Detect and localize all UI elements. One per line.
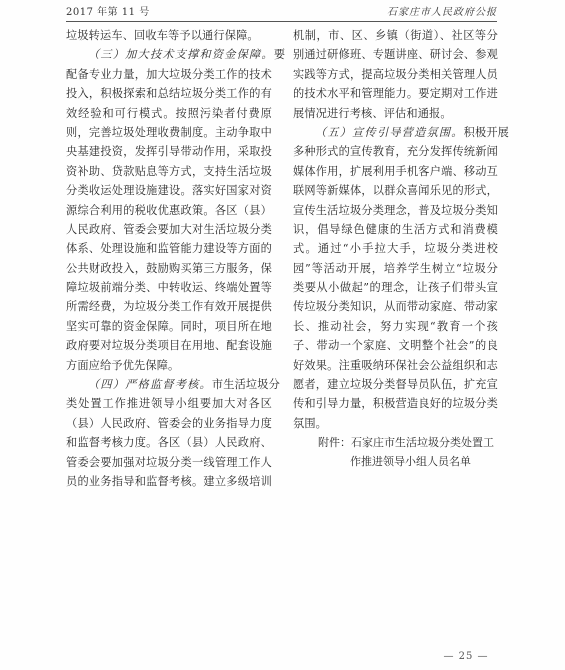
line-text: 公共财政投入，鼓励购买第三方服务，保: [66, 262, 272, 275]
running-header: 2017 年第 11 号 石家庄市人民政府公报: [66, 6, 497, 20]
line-text: 源综合利用的税收优惠政策。各区（县）: [66, 204, 272, 217]
line-text: 识，倡导绿色健康的生活方式和消费模: [293, 223, 498, 236]
text-line: 员的业务指导和监督考核。建立多级培训: [66, 472, 272, 491]
line-text: 体系、处理设施和监管能力建设等方面的: [66, 242, 272, 255]
page-number: — 25 —: [440, 650, 492, 664]
text-line: 管委会要加强对垃圾分类一线管理工作人: [66, 453, 272, 472]
text-line: 分类收运处理设施建设。落实好国家对资: [66, 181, 272, 200]
text-line: 媒体作用，扩展利用手机客户端、移动互: [293, 162, 498, 181]
line-text: 效经验和可行模式。按照污染者付费原: [66, 107, 272, 120]
line-text: 方面应给予优先保障。: [66, 359, 179, 372]
text-line: 宣传生活垃圾分类理念，普及垃圾分类知: [293, 201, 498, 220]
line-text: 配备专业力量，加大垃圾分类工作的技术: [66, 68, 272, 81]
line-text: 分类收运处理设施建设。落实好国家对资: [66, 184, 272, 197]
line-text: 障垃圾前端分类、中转收运、终端处置等: [66, 281, 272, 294]
line-text: （县）人民政府、管委会的业务指导力度: [66, 417, 272, 430]
line-text: 子、带动一个家庭、文明整个社会”的良: [293, 339, 498, 352]
text-line: 传和引导力量，积极营造良好的垃圾分类: [293, 394, 498, 413]
text-line: 政府要对垃圾分类项目在用地、配套设施: [66, 336, 272, 355]
text-line: 央基建投资，发挥引导带动作用，采取投: [66, 142, 272, 161]
text-line: 坚实可靠的资金保障。同时，项目所在地: [66, 317, 272, 336]
text-line: 实践等方式，提高垃圾分类相关管理人员: [293, 65, 498, 84]
text-line: 公共财政投入，鼓励购买第三方服务，保: [66, 259, 272, 278]
line-text: 愿者，建立垃圾分类督导员队伍，扩充宣: [293, 378, 498, 391]
text-line: （四）严格监督考核。市生活垃圾分: [66, 375, 272, 394]
text-line: 障垃圾前端分类、中转收运、终端处置等: [66, 278, 272, 297]
left-column: 垃圾转运车、回收车等予以通行保障。（三）加大技术支撑和资金保障。要配备专业力量，…: [66, 26, 272, 491]
line-text: 长、推动社会，努力实现“教育一个孩: [293, 320, 498, 333]
text-line: 机制，市、区、乡镇（街道）、社区等分: [293, 26, 498, 45]
line-text: 则，完善垃圾处理收费制度。主动争取中: [66, 126, 272, 139]
text-line: 方面应给予优先保障。: [66, 356, 272, 375]
line-text: 垃圾转运车、回收车等予以通行保障。: [66, 29, 259, 42]
line-text: 坚实可靠的资金保障。同时，项目所在地: [66, 320, 272, 333]
line-text: 央基建投资，发挥引导带动作用，采取投: [66, 145, 272, 158]
line-text: 管委会要加强对垃圾分类一线管理工作人: [66, 456, 272, 469]
text-line: 配备专业力量，加大垃圾分类工作的技术: [66, 65, 272, 84]
line-text: 类要从小做起”的理念，让孩子们带头宣: [293, 281, 498, 294]
line-text: 和监督考核力度。各区（县）人民政府、: [66, 436, 272, 449]
text-line: 效经验和可行模式。按照污染者付费原: [66, 104, 272, 123]
attachment-line-1: 附件：石家庄市生活垃圾分类处置工: [318, 433, 494, 452]
line-text: 要: [274, 48, 285, 61]
text-line: 园”等活动开展，培养学生树立“垃圾分: [293, 259, 498, 278]
line-text: 好效果。注重吸纳环保社会公益组织和志: [293, 359, 498, 372]
line-text: 多种形式的宣传教育，充分发挥传统新闻: [293, 145, 498, 158]
text-line: （县）人民政府、管委会的业务指导力度: [66, 414, 272, 433]
line-text: 宣传生活垃圾分类理念，普及垃圾分类知: [293, 204, 498, 217]
text-line: 源综合利用的税收优惠政策。各区（县）: [66, 201, 272, 220]
text-line: 资补助、贷款贴息等方式，支持生活垃圾: [66, 162, 272, 181]
line-text: 资补助、贷款贴息等方式，支持生活垃圾: [66, 165, 272, 178]
text-line: 的技术水平和管理能力。要定期对工作进: [293, 84, 498, 103]
line-text: 类处置工作推进领导小组要加大对各区: [66, 397, 272, 410]
text-line: 展情况进行考核、评估和通报。: [293, 104, 498, 123]
text-line: 类要从小做起”的理念，让孩子们带头宣: [293, 278, 498, 297]
text-line: 垃圾转运车、回收车等予以通行保障。: [66, 26, 272, 45]
issue-label: 2017 年第 11 号: [66, 6, 150, 20]
text-line: 式。通过“小手拉大手，垃圾分类进校: [293, 239, 498, 258]
section-heading: （三）加大技术支撑和资金保障。: [88, 48, 274, 61]
text-line: 类处置工作推进领导小组要加大对各区: [66, 394, 272, 413]
line-text: 媒体作用，扩展利用手机客户端、移动互: [293, 165, 498, 178]
line-text: 员的业务指导和监督考核。建立多级培训: [66, 475, 272, 488]
header-rule: [66, 21, 497, 22]
text-line: 投入，积极探索和总结垃圾分类工作的有: [66, 84, 272, 103]
text-line: 好效果。注重吸纳环保社会公益组织和志: [293, 356, 498, 375]
line-text: 氛围。: [293, 417, 327, 430]
text-line: 体系、处理设施和监管能力建设等方面的: [66, 239, 272, 258]
text-line: （五）宣传引导营造氛围。积极开展: [293, 123, 498, 142]
line-text: 所需经费，为垃圾分类工作有效开展提供: [66, 300, 272, 313]
text-line: 氛围。: [293, 414, 498, 433]
line-text: 实践等方式，提高垃圾分类相关管理人员: [293, 68, 498, 81]
text-line: （三）加大技术支撑和资金保障。要: [66, 45, 272, 64]
text-line: 则，完善垃圾处理收费制度。主动争取中: [66, 123, 272, 142]
line-text: 积极开展: [464, 126, 509, 139]
line-text: 传垃圾分类知识，从而带动家庭、带动家: [293, 300, 498, 313]
line-text: 联网等新媒体，以群众喜闻乐见的形式，: [293, 184, 498, 197]
text-line: 愿者，建立垃圾分类督导员队伍，扩充宣: [293, 375, 498, 394]
attachment-line-2: 作推进领导小组人员名单: [318, 452, 494, 471]
line-text: 投入，积极探索和总结垃圾分类工作的有: [66, 87, 272, 100]
line-text: 式。通过“小手拉大手，垃圾分类进校: [293, 242, 498, 255]
text-line: 所需经费，为垃圾分类工作有效开展提供: [66, 297, 272, 316]
text-line: 传垃圾分类知识，从而带动家庭、带动家: [293, 297, 498, 316]
line-text: 人民政府、管委会要加大对生活垃圾分类: [66, 223, 272, 236]
line-text: 市生活垃圾分: [212, 378, 280, 391]
line-text: 机制，市、区、乡镇（街道）、社区等分: [293, 29, 498, 42]
section-heading: （五）宣传引导营造氛围。: [315, 126, 464, 139]
text-line: 别通过研修班、专题讲座、研讨会、参观: [293, 45, 498, 64]
section-heading: （四）严格监督考核。: [88, 378, 212, 391]
line-text: 展情况进行考核、评估和通报。: [293, 107, 452, 120]
line-text: 别通过研修班、专题讲座、研讨会、参观: [293, 48, 498, 61]
line-text: 政府要对垃圾分类项目在用地、配套设施: [66, 339, 272, 352]
publication-title: 石家庄市人民政府公报: [387, 6, 497, 20]
text-line: 识，倡导绿色健康的生活方式和消费模: [293, 220, 498, 239]
line-text: 传和引导力量，积极营造良好的垃圾分类: [293, 397, 498, 410]
document-page: 2017 年第 11 号 石家庄市人民政府公报 垃圾转运车、回收车等予以通行保障…: [0, 0, 565, 670]
line-text: 的技术水平和管理能力。要定期对工作进: [293, 87, 498, 100]
line-text: 园”等活动开展，培养学生树立“垃圾分: [293, 262, 498, 275]
text-line: 子、带动一个家庭、文明整个社会”的良: [293, 336, 498, 355]
text-line: 人民政府、管委会要加大对生活垃圾分类: [66, 220, 272, 239]
attachment-note: 附件：石家庄市生活垃圾分类处置工 作推进领导小组人员名单: [318, 433, 494, 472]
right-column: 机制，市、区、乡镇（街道）、社区等分别通过研修班、专题讲座、研讨会、参观实践等方…: [293, 26, 498, 433]
text-line: 长、推动社会，努力实现“教育一个孩: [293, 317, 498, 336]
text-line: 联网等新媒体，以群众喜闻乐见的形式，: [293, 181, 498, 200]
text-line: 和监督考核力度。各区（县）人民政府、: [66, 433, 272, 452]
text-line: 多种形式的宣传教育，充分发挥传统新闻: [293, 142, 498, 161]
